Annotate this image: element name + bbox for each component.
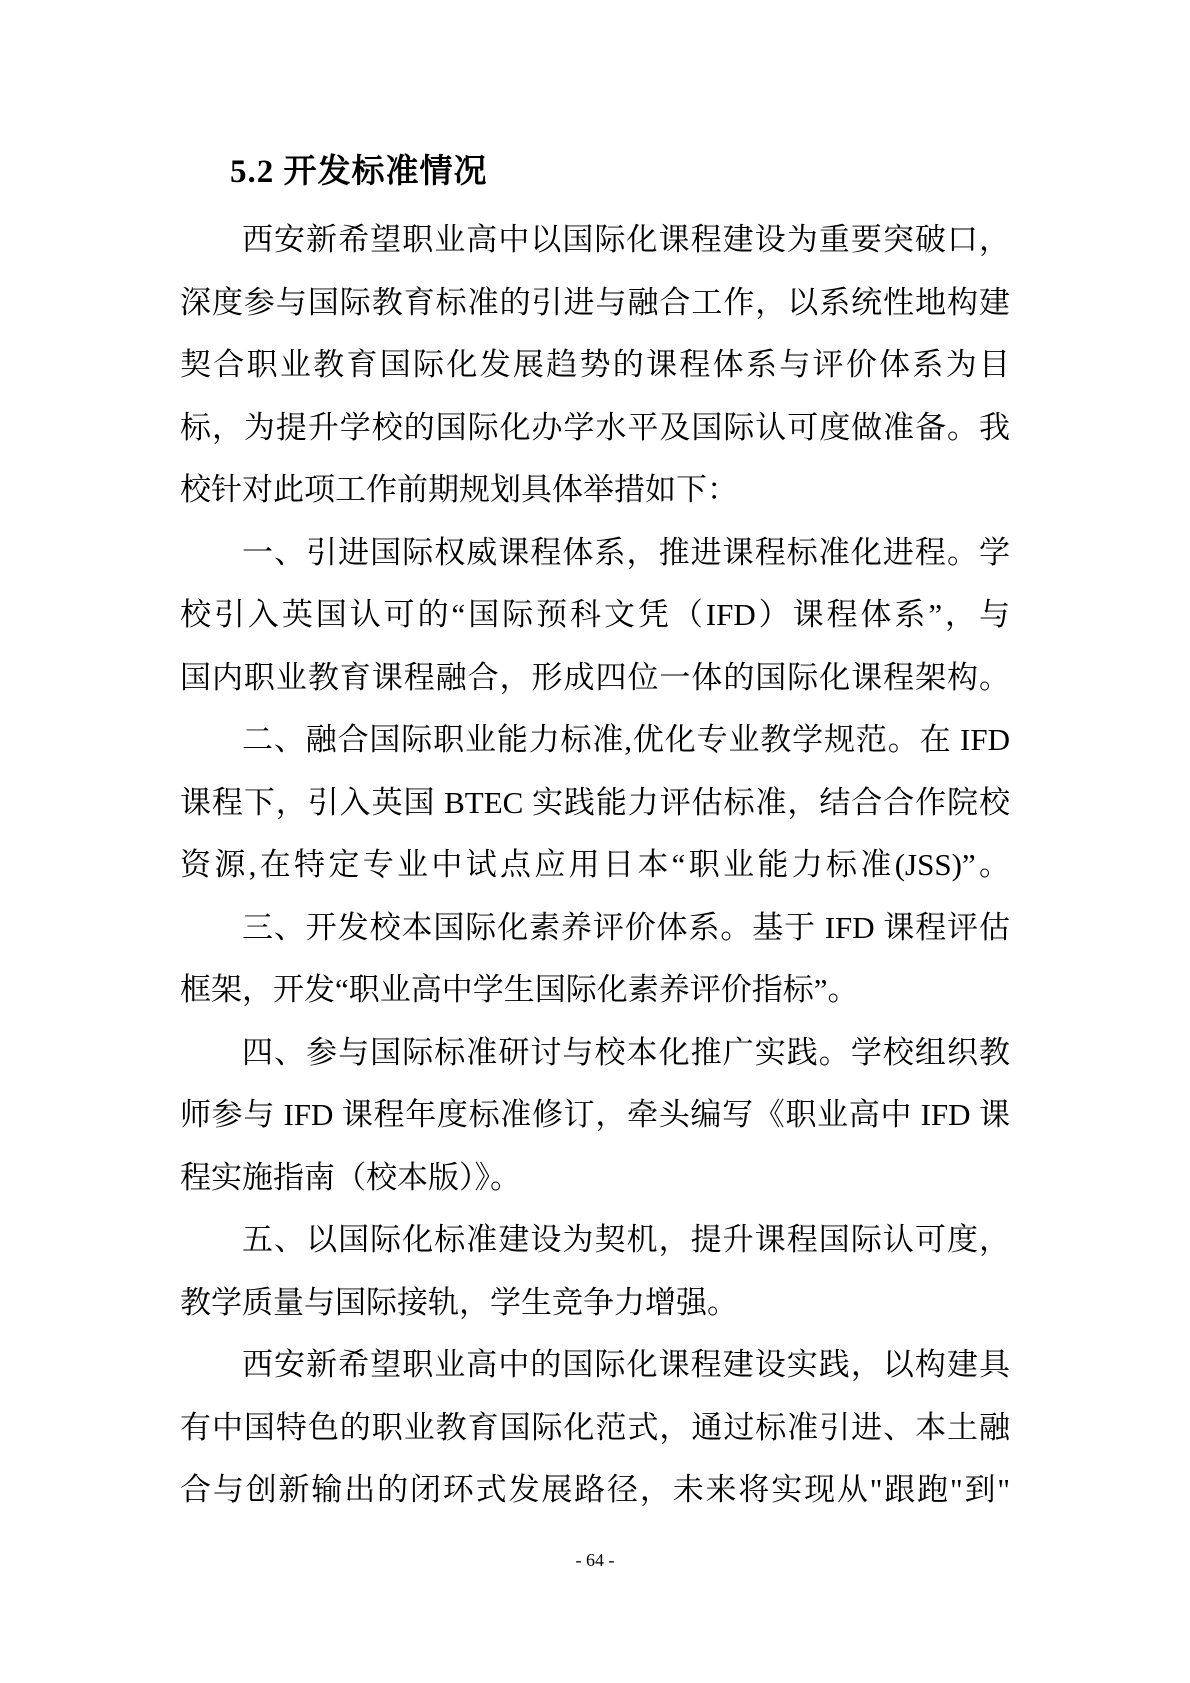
document-page: 5.2 开发标准情况 西安新希望职业高中以国际化课程建设为重要突破口，深度参与国… bbox=[0, 0, 1190, 1683]
text-line: 标，为提升学校的国际化办学水平及国际认可度做准备。我 bbox=[180, 397, 1010, 460]
text-line: 程实施指南（校本版）》。 bbox=[180, 1147, 1010, 1210]
text-line: 合与创新输出的闭环式发展路径，未来将实现从"跟跑"到" bbox=[180, 1459, 1010, 1522]
text-line: 契合职业教育国际化发展趋势的课程体系与评价体系为目 bbox=[180, 334, 1010, 397]
text-line: 一、引进国际权威课程体系，推进课程标准化进程。学 bbox=[180, 522, 1010, 585]
text-line: 二、融合国际职业能力标准,优化专业教学规范。在 IFD bbox=[180, 709, 1010, 772]
text-line: 教学质量与国际接轨，学生竞争力增强。 bbox=[180, 1272, 1010, 1335]
text-line: 五、以国际化标准建设为契机，提升课程国际认可度， bbox=[180, 1209, 1010, 1272]
text-line: 课程下，引入英国 BTEC 实践能力评估标准，结合合作院校 bbox=[180, 772, 1010, 835]
text-line: 校针对此项工作前期规划具体举措如下： bbox=[180, 459, 1010, 522]
document-body: 西安新希望职业高中以国际化课程建设为重要突破口，深度参与国际教育标准的引进与融合… bbox=[180, 209, 1010, 1522]
page-number: - 64 - bbox=[0, 1548, 1190, 1572]
text-line: 师参与 IFD 课程年度标准修订，牵头编写《职业高中 IFD 课 bbox=[180, 1084, 1010, 1147]
text-line: 框架，开发“职业高中学生国际化素养评价指标”。 bbox=[180, 959, 1010, 1022]
text-line: 西安新希望职业高中的国际化课程建设实践，以构建具 bbox=[180, 1334, 1010, 1397]
section-heading: 5.2 开发标准情况 bbox=[180, 150, 488, 195]
text-line: 校引入英国认可的“国际预科文凭（IFD）课程体系”，与 bbox=[180, 584, 1010, 647]
text-line: 西安新希望职业高中以国际化课程建设为重要突破口， bbox=[180, 209, 1010, 272]
text-line: 资源,在特定专业中试点应用日本“职业能力标准(JSS)”。 bbox=[180, 834, 1010, 897]
text-line: 国内职业教育课程融合，形成四位一体的国际化课程架构。 bbox=[180, 647, 1010, 710]
text-line: 三、开发校本国际化素养评价体系。基于 IFD 课程评估 bbox=[180, 897, 1010, 960]
text-line: 有中国特色的职业教育国际化范式，通过标准引进、本土融 bbox=[180, 1397, 1010, 1460]
text-line: 四、参与国际标准研讨与校本化推广实践。学校组织教 bbox=[180, 1022, 1010, 1085]
text-line: 深度参与国际教育标准的引进与融合工作，以系统性地构建 bbox=[180, 272, 1010, 335]
